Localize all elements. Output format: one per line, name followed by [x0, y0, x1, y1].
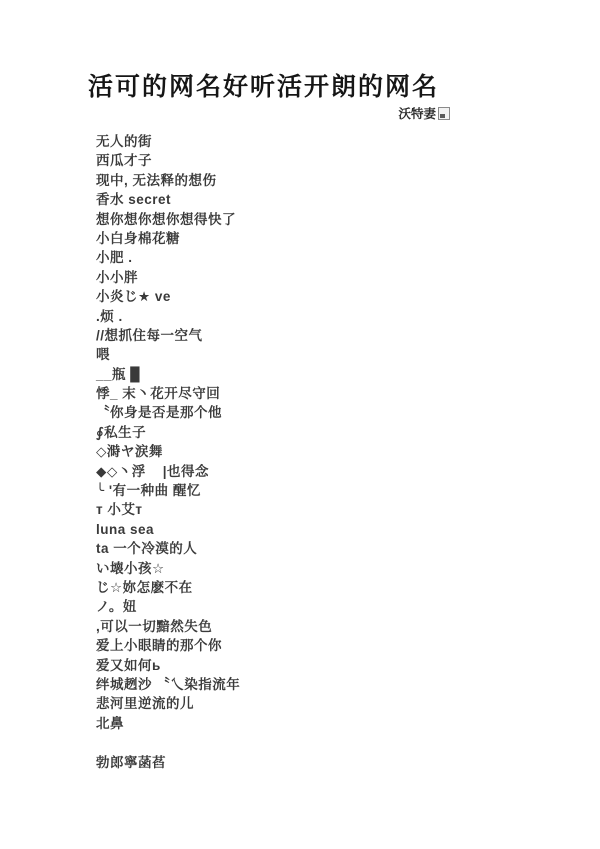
list-item: 小肥 .: [96, 248, 450, 267]
list-item: 无人的街: [96, 132, 450, 151]
list-item: ノ。妞: [96, 597, 450, 616]
list-item: 爱又如何ь: [96, 656, 450, 675]
footer-nickname: 勃郎寧菡萏: [96, 753, 450, 772]
list-item: 悸_ 末丶花开尽守回: [96, 384, 450, 403]
list-item: ◇溡ヤ涙舞: [96, 442, 450, 461]
inline-image-placeholder-icon: [438, 107, 450, 120]
page-title: 活可的网名好听活开朗的网名: [88, 72, 450, 102]
list-item: //想抓住每一空气: [96, 326, 450, 345]
list-item: luna sea: [96, 520, 450, 539]
list-item: 〝你身是否是那个他: [96, 403, 450, 422]
list-item: 香水 secret: [96, 190, 450, 209]
list-item: 小白身棉花糖: [96, 229, 450, 248]
list-item: い壊小孩☆: [96, 559, 450, 578]
list-item: じ☆妳怎麽不在: [96, 578, 450, 597]
byline-text: 沃特妻: [398, 107, 436, 121]
list-item: 小小胖: [96, 268, 450, 287]
list-item: ◆◇丶浮 |也得念: [96, 462, 450, 481]
list-item: 西瓜才子: [96, 151, 450, 170]
list-item: 绊城趔沙 〝乀染指流年: [96, 675, 450, 694]
list-item: 喂: [96, 345, 450, 364]
list-item: 北鼻: [96, 714, 450, 733]
byline: 沃特妻: [88, 106, 450, 123]
list-item: 小炎じ★ ve: [96, 287, 450, 306]
list-item: ∮私生子: [96, 423, 450, 442]
list-item: ,可以一切黯然失色: [96, 617, 450, 636]
article-content: 活可的网名好听活开朗的网名 沃特妻 无人的街西瓜才子现中, 无法释的想伤香水 s…: [88, 72, 450, 773]
list-item: .烦 .: [96, 307, 450, 326]
list-item: т 小艾т: [96, 500, 450, 519]
list-item: 现中, 无法释的想伤: [96, 171, 450, 190]
list-item: ╰ '有一种曲 醒忆: [96, 481, 450, 500]
nickname-list: 无人的街西瓜才子现中, 无法释的想伤香水 secret想你想你想你想得快了小白身…: [96, 132, 450, 733]
list-item: 悲河里逆流的儿: [96, 694, 450, 713]
list-item: __瓶 ▉: [96, 365, 450, 384]
list-item: 想你想你想你想得快了: [96, 210, 450, 229]
list-item: ta 一个冷漠的人: [96, 539, 450, 558]
list-item: 爱上小眼睛的那个你: [96, 636, 450, 655]
document-page: 活可的网名好听活开朗的网名 沃特妻 无人的街西瓜才子现中, 无法释的想伤香水 s…: [0, 0, 600, 849]
image-placeholder-glyph: [440, 114, 445, 118]
